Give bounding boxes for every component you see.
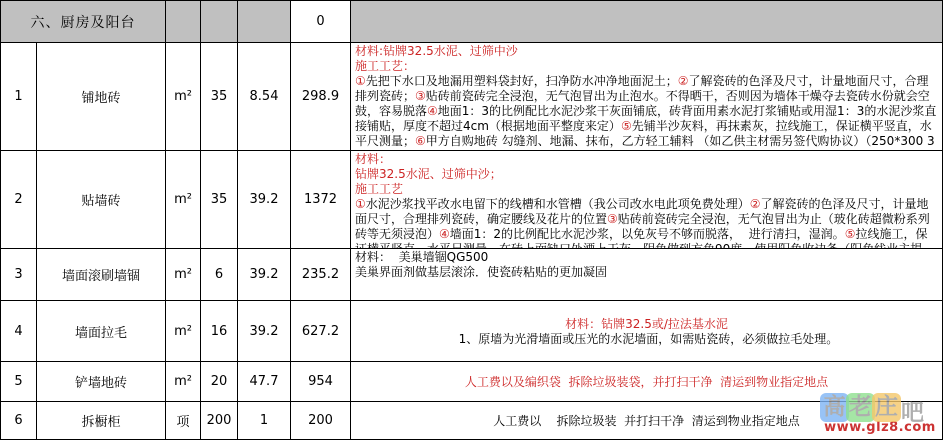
item-quantity: 35 — [201, 151, 238, 249]
section-header-price-cell — [238, 1, 291, 43]
item-name: 铺地砖 — [37, 43, 166, 151]
row-number: 5 — [1, 362, 37, 402]
item-name: 墙面拉毛 — [37, 301, 166, 362]
item-unit: m² — [166, 151, 201, 249]
item-name: 拆橱柜 — [37, 402, 166, 440]
row-number: 4 — [1, 301, 37, 362]
section-header-unit-cell — [166, 1, 201, 43]
item-description: 人工费以 拆除垃圾装 并打扫干净 清运到物业指定地点 — [351, 402, 943, 440]
item-quantity: 20 — [201, 362, 238, 402]
item-description: 材料：钻牌32.5水泥、过筛中沙；施工工艺①水泥沙浆找平改水电留下的线槽和水管槽… — [351, 151, 943, 249]
item-quantity: 35 — [201, 43, 238, 151]
item-unit: m² — [166, 43, 201, 151]
section-total-value: 0 — [291, 1, 351, 43]
item-description: 材料： 美巢墙锢QG500美巢界面剂做基层滚涂．使瓷砖粘贴的更加凝固 — [351, 249, 943, 301]
item-unit: m² — [166, 249, 201, 301]
item-amount: 954 — [291, 362, 351, 402]
item-unit-price: 39.2 — [238, 249, 291, 301]
item-amount: 627.2 — [291, 301, 351, 362]
item-name: 铲墙地砖 — [37, 362, 166, 402]
section-title: 六、厨房及阳台 — [1, 1, 166, 43]
item-amount: 200 — [291, 402, 351, 440]
item-description: 人工费以及编织袋 拆除垃圾装袋，并打扫干净 清运到物业指定地点 — [351, 362, 943, 402]
item-quantity: 200 — [201, 402, 238, 440]
item-quantity: 6 — [201, 249, 238, 301]
section-header-desc-cell — [351, 1, 943, 43]
item-amount: 1372 — [291, 151, 351, 249]
kitchen-balcony-quote-table: 六、厨房及阳台 0 1 铺地砖 m² 35 8.54 298.9 材料:钻牌32… — [0, 0, 943, 440]
item-unit-price: 8.54 — [238, 43, 291, 151]
row-number: 3 — [1, 249, 37, 301]
row-number: 6 — [1, 402, 37, 440]
item-unit-price: 1 — [238, 402, 291, 440]
item-amount: 235.2 — [291, 249, 351, 301]
item-name: 墙面滚刷墙锢 — [37, 249, 166, 301]
row-number: 2 — [1, 151, 37, 249]
item-unit-price: 39.2 — [238, 301, 291, 362]
item-unit: m² — [166, 301, 201, 362]
item-description: 材料:钻牌32.5水泥、过筛中沙施工工艺：①先把下水口及地漏用塑料袋封好，扫净防… — [351, 43, 943, 151]
item-unit-price: 47.7 — [238, 362, 291, 402]
item-unit: m² — [166, 362, 201, 402]
row-number: 1 — [1, 43, 37, 151]
item-description: 材料：钻牌32.5或/拉法基水泥 1、原墙为光滑墙面或压光的水泥墙面，如需贴瓷砖… — [351, 301, 943, 362]
section-header-qty-cell — [201, 1, 238, 43]
renovation-quote-page: 六、厨房及阳台 0 1 铺地砖 m² 35 8.54 298.9 材料:钻牌32… — [0, 0, 943, 446]
item-unit: 项 — [166, 402, 201, 440]
item-name: 贴墙砖 — [37, 151, 166, 249]
item-amount: 298.9 — [291, 43, 351, 151]
item-quantity: 16 — [201, 301, 238, 362]
item-unit-price: 39.2 — [238, 151, 291, 249]
